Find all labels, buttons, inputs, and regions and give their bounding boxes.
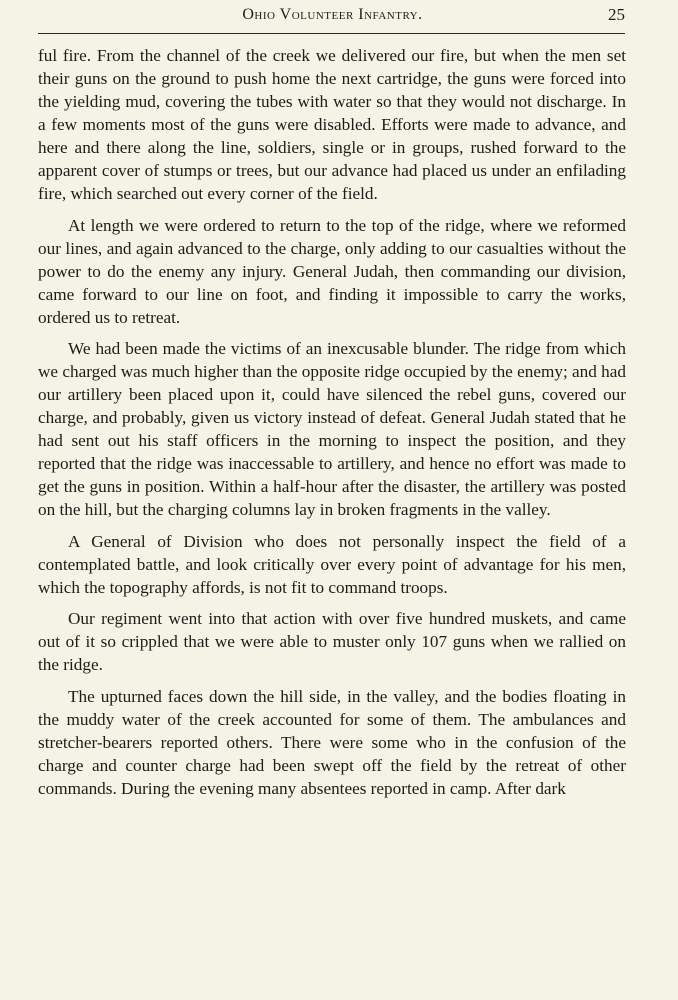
- paragraph-continued: ful fire. From the channel of the creek …: [38, 44, 626, 205]
- page-header: Ohio Volunteer Infantry. 25: [40, 4, 625, 30]
- paragraph: The upturned faces down the hill side, i…: [38, 685, 626, 800]
- book-page: Ohio Volunteer Infantry. 25 ful fire. Fr…: [0, 0, 678, 1000]
- paragraph: We had been made the victims of an inexc…: [38, 337, 626, 521]
- paragraph: Our regiment went into that action with …: [38, 607, 626, 676]
- body-text: ful fire. From the channel of the creek …: [38, 44, 626, 800]
- paragraph: A General of Division who does not perso…: [38, 530, 626, 599]
- paragraph: At length we were ordered to return to t…: [38, 214, 626, 329]
- header-rule: [38, 33, 625, 34]
- page-number: 25: [608, 5, 625, 25]
- running-title: Ohio Volunteer Infantry.: [40, 6, 625, 24]
